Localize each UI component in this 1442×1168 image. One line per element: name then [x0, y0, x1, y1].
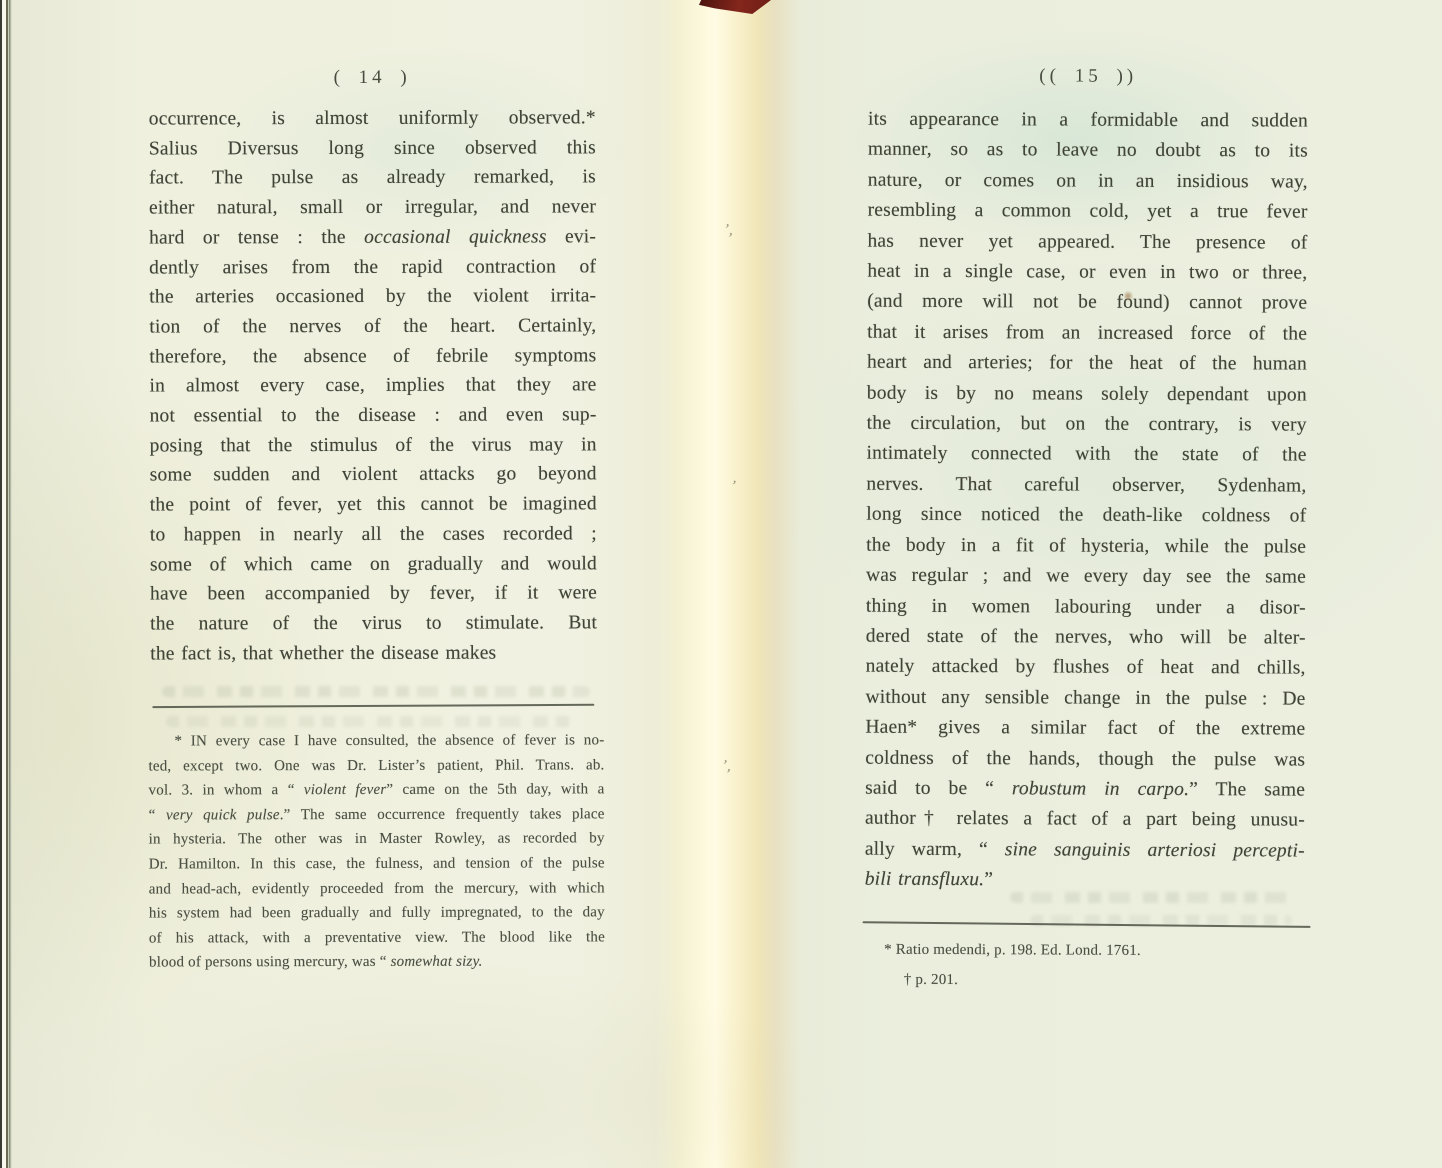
text-line: intimately connected with the state of t…: [867, 439, 1307, 471]
text-line: author† relates a fact of a part being u…: [865, 804, 1305, 836]
page-number-right: (( 15 )): [868, 65, 1308, 89]
text-line: the body in a fit of hysteria, while the…: [866, 530, 1306, 562]
text-line: said to be “ robustum in carpo.” The sam…: [865, 774, 1305, 806]
bleed-through-text: [162, 686, 590, 697]
text-line: * Ratio medendi, p. 198. Ed. Lond. 1761.: [864, 935, 1304, 967]
bleed-through-text: [1010, 892, 1296, 903]
page-right-footnote: * Ratio medendi, p. 198. Ed. Lond. 1761.…: [864, 935, 1304, 997]
text-line: thing in women labouring under a disor-: [866, 591, 1306, 623]
page-right: (( 15 )) its appearance in a formidable …: [0, 0, 1442, 1168]
text-line: (and more will not be found) cannot prov…: [867, 287, 1307, 319]
text-line: manner, so as to leave no doubt as to it…: [868, 135, 1308, 167]
text-line: nature, or comes on in an insidious way,: [868, 165, 1308, 197]
text-line: body is by no means solely dependant upo…: [867, 378, 1307, 410]
text-line: that it arises from an increased force o…: [867, 317, 1307, 349]
text-line: was regular ; and we every day see the s…: [866, 561, 1306, 593]
text-line: nerves. That careful observer, Sydenham,: [866, 470, 1306, 502]
text-line: dered state of the nerves, who will be a…: [866, 622, 1306, 654]
paper-stain: [1124, 291, 1133, 302]
bleed-through-text: [1030, 915, 1292, 926]
text-line: without any sensible change in the pulse…: [865, 682, 1305, 714]
text-line: resembling a common cold, yet a true fev…: [868, 196, 1308, 228]
text-line: heart and arteries; for the heat of the …: [867, 348, 1307, 380]
text-line: † p. 201.: [864, 965, 1304, 997]
page-right-body-text: its appearance in a formidable and sudde…: [865, 105, 1308, 897]
text-line: Haen* gives a similar fact of the extrem…: [865, 713, 1305, 745]
text-line: coldness of the hands, though the pulse …: [865, 743, 1305, 775]
text-line: nately attacked by flushes of heat and c…: [866, 652, 1306, 684]
text-line: heat in a single case, or even in two or…: [867, 257, 1307, 289]
book-scan-spread: ( 14 ) occurrence, is almost uniformly o…: [0, 0, 1442, 1168]
text-line: ally warm, “ sine sanguinis arteriosi pe…: [865, 834, 1305, 866]
text-line: the circulation, but on the contrary, is…: [867, 409, 1307, 441]
text-line: its appearance in a formidable and sudde…: [868, 105, 1308, 137]
text-line: has never yet appeared. The presence of: [867, 226, 1307, 258]
text-line: long since noticed the death-like coldne…: [866, 500, 1306, 532]
bleed-through-text: [166, 716, 574, 727]
